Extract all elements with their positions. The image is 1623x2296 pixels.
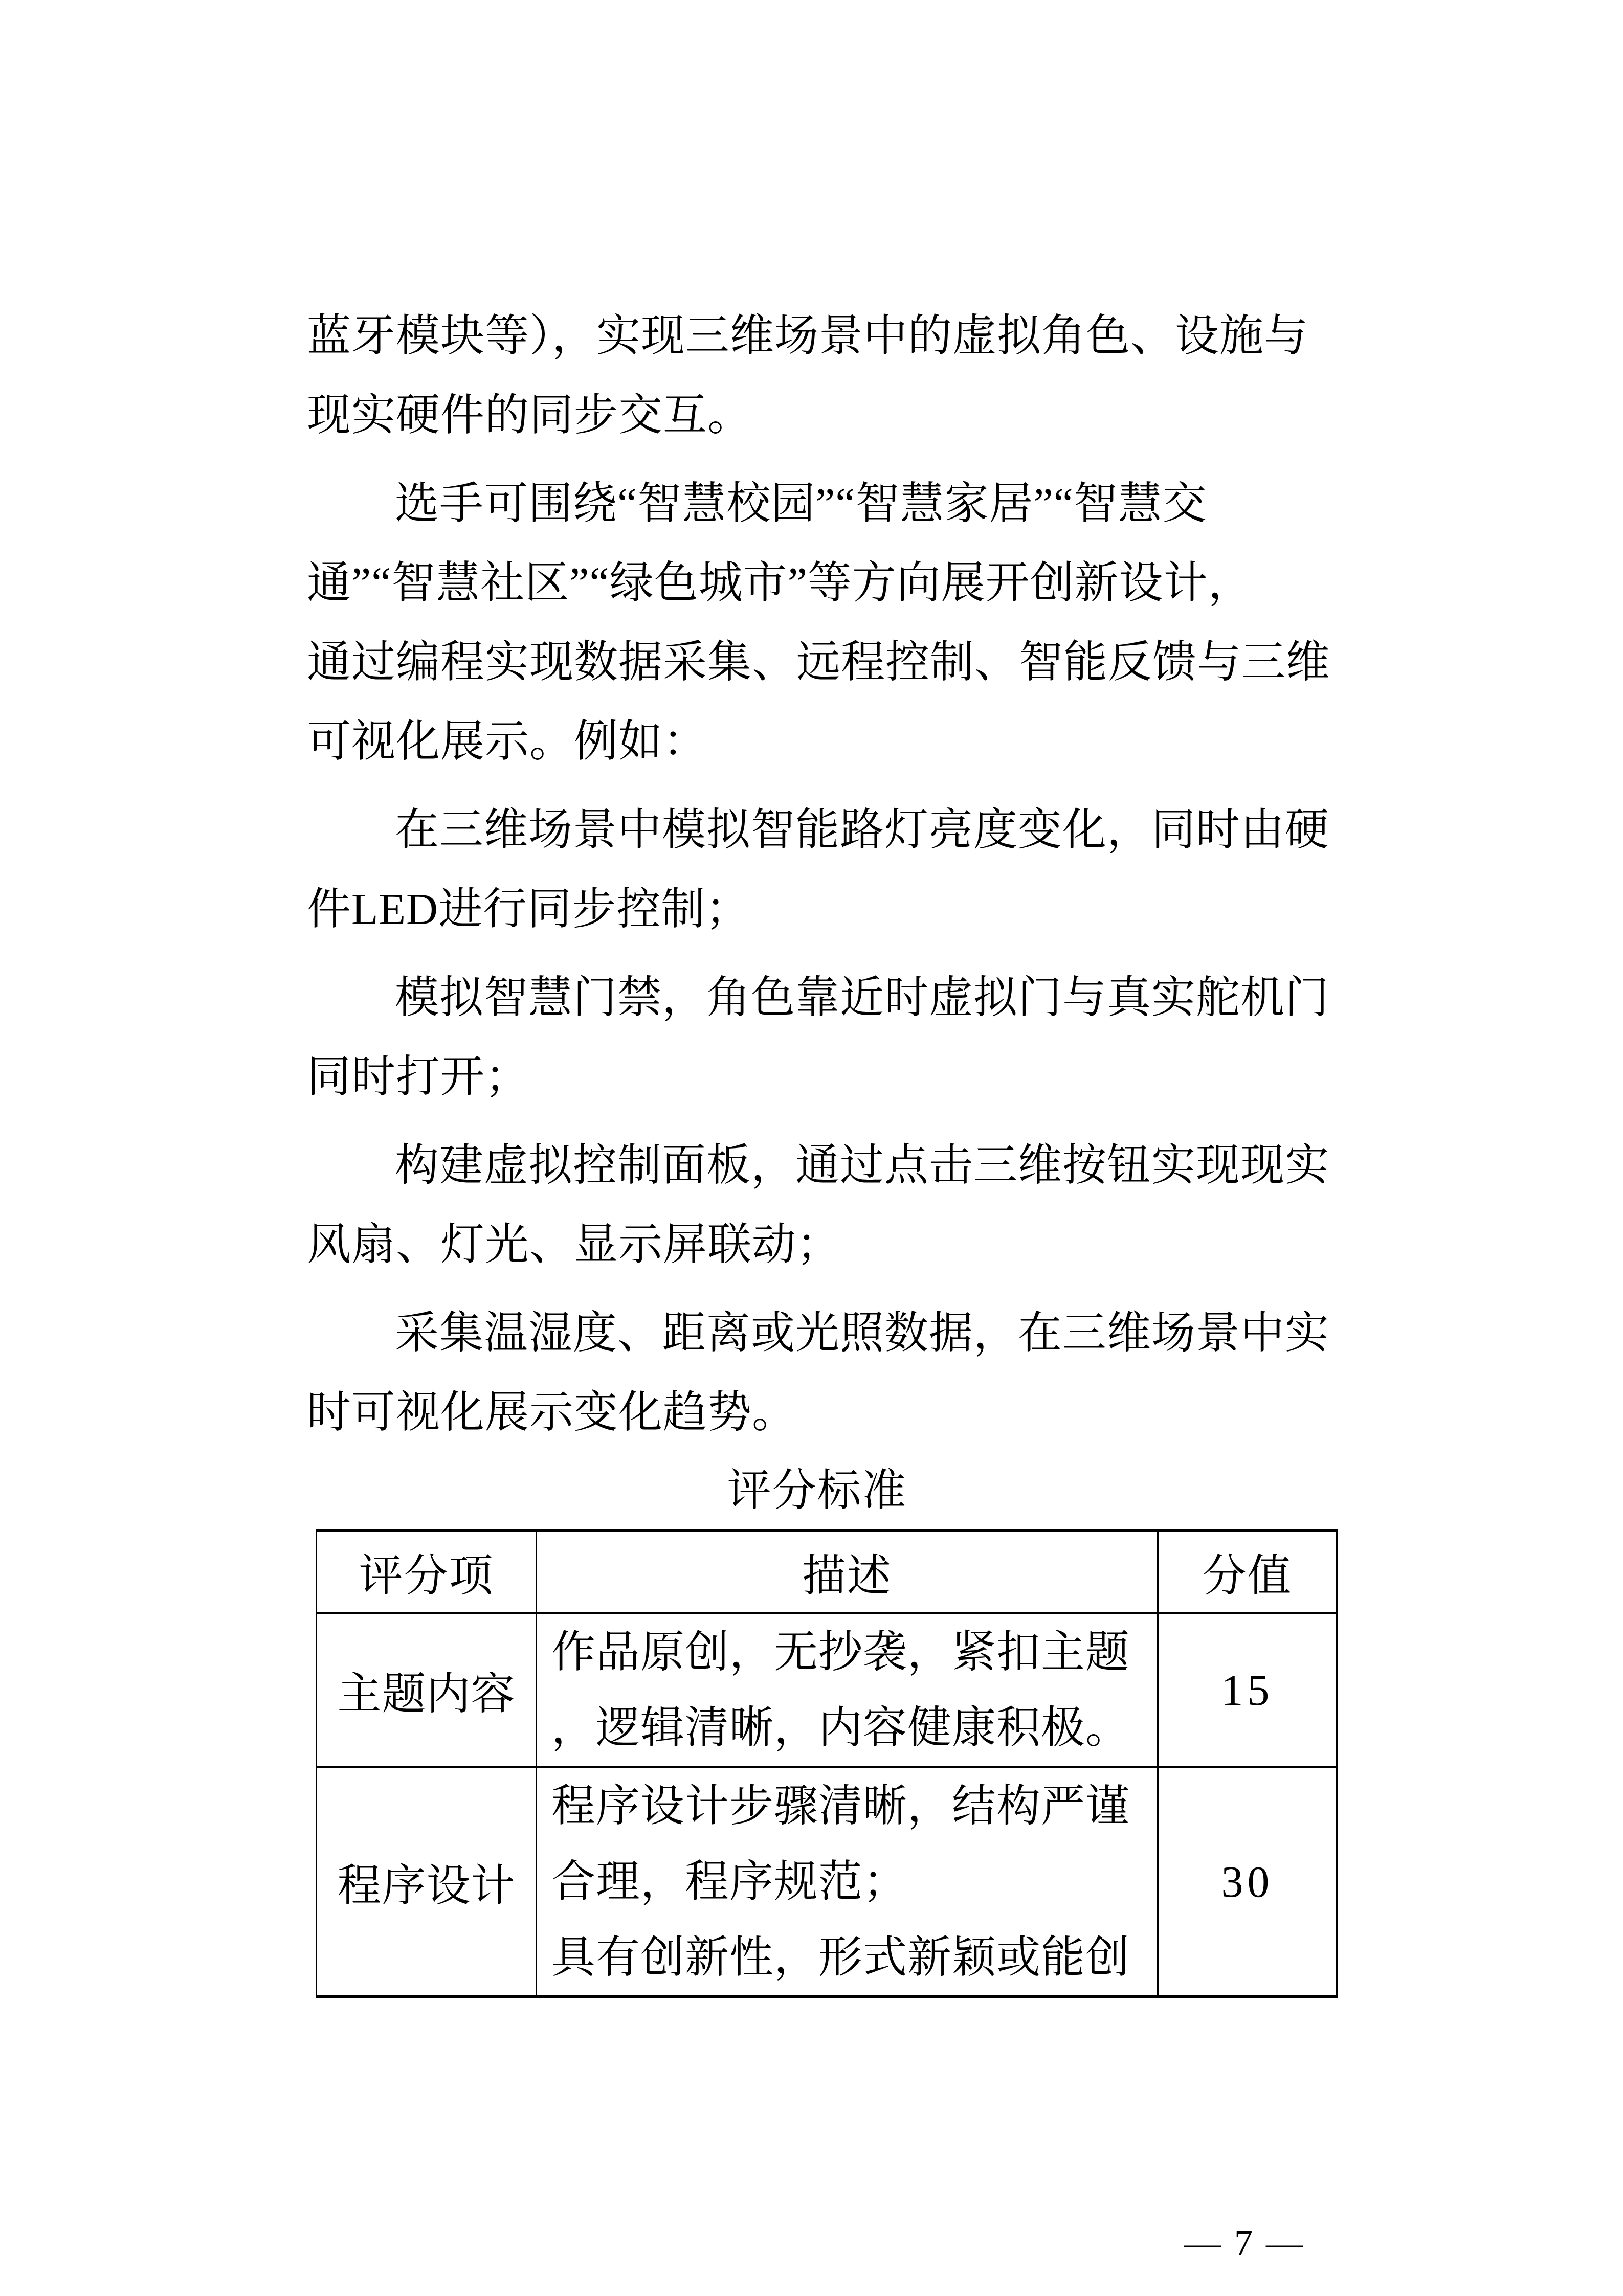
body-line: 选手可围绕“智慧校园”“智慧家居”“智慧交 — [307, 464, 1327, 544]
body-line: 同时打开； — [307, 1038, 1327, 1117]
table-item-cell: 程序设计 — [317, 1767, 537, 1997]
body-text: 蓝牙模块等），实现三维场景中的虚拟角色、设施与 现实硬件的同步交互。 选手可围绕… — [307, 297, 1327, 1529]
table-row: 程序设计 程序设计步骤清晰，结构严谨 合理，程序规范； 具有创新性，形式新颖或能… — [317, 1767, 1337, 1997]
body-line: 通”“智慧社区”“绿色城市”等方向展开创新设计， — [307, 544, 1327, 623]
page-number: — 7 — — [1184, 2222, 1305, 2264]
table-score-cell: 15 — [1158, 1613, 1337, 1767]
table-header-desc: 描述 — [537, 1530, 1158, 1613]
body-line: 风扇、灯光、显示屏联动； — [307, 1205, 1327, 1285]
body-line: 件LED进行同步控制； — [307, 870, 1327, 949]
body-line: 时可视化展示变化趋势。 — [307, 1373, 1327, 1452]
body-line: 通过编程实现数据采集、远程控制、智能反馈与三维 — [307, 623, 1327, 702]
body-line: 蓝牙模块等），实现三维场景中的虚拟角色、设施与 — [307, 297, 1327, 376]
table-desc-cell: 作品原创，无抄袭，紧扣主题 ，逻辑清晰，内容健康积极。 — [537, 1613, 1158, 1767]
table-desc-line: ，逻辑清晰，内容健康积极。 — [551, 1690, 1157, 1766]
body-line: 构建虚拟控制面板，通过点击三维按钮实现现实 — [307, 1126, 1327, 1205]
table-header-row: 评分项 描述 分值 — [317, 1530, 1337, 1613]
table-item-cell: 主题内容 — [317, 1613, 537, 1767]
table-desc-line: 作品原创，无抄袭，紧扣主题 — [551, 1614, 1157, 1690]
scoring-standard-title: 评分标准 — [307, 1452, 1327, 1529]
body-line: 可视化展示。例如： — [307, 702, 1327, 781]
body-line: 在三维场景中模拟智能路灯亮度变化，同时由硬 — [307, 791, 1327, 870]
table-desc-line: 具有创新性，形式新颖或能创 — [551, 1920, 1157, 1995]
table-desc-cell: 程序设计步骤清晰，结构严谨 合理，程序规范； 具有创新性，形式新颖或能创 — [537, 1767, 1158, 1997]
body-line: 模拟智慧门禁，角色靠近时虚拟门与真实舵机门 — [307, 958, 1327, 1038]
body-line: 采集温湿度、距离或光照数据，在三维场景中实 — [307, 1294, 1327, 1373]
table-desc-line: 合理，程序规范； — [551, 1844, 1157, 1920]
document-page: { "page": { "lines": [ { "text": "蓝牙模块等）… — [0, 0, 1623, 2296]
body-line: 现实硬件的同步交互。 — [307, 376, 1327, 455]
table-header-score: 分值 — [1158, 1530, 1337, 1613]
table-desc-line: 程序设计步骤清晰，结构严谨 — [551, 1768, 1157, 1844]
score-table: 评分项 描述 分值 主题内容 作品原创，无抄袭，紧扣主题 ，逻辑清晰，内容健康积… — [316, 1529, 1338, 1998]
table-row: 主题内容 作品原创，无抄袭，紧扣主题 ，逻辑清晰，内容健康积极。 15 — [317, 1613, 1337, 1767]
table-score-cell: 30 — [1158, 1767, 1337, 1997]
table-header-item: 评分项 — [317, 1530, 537, 1613]
